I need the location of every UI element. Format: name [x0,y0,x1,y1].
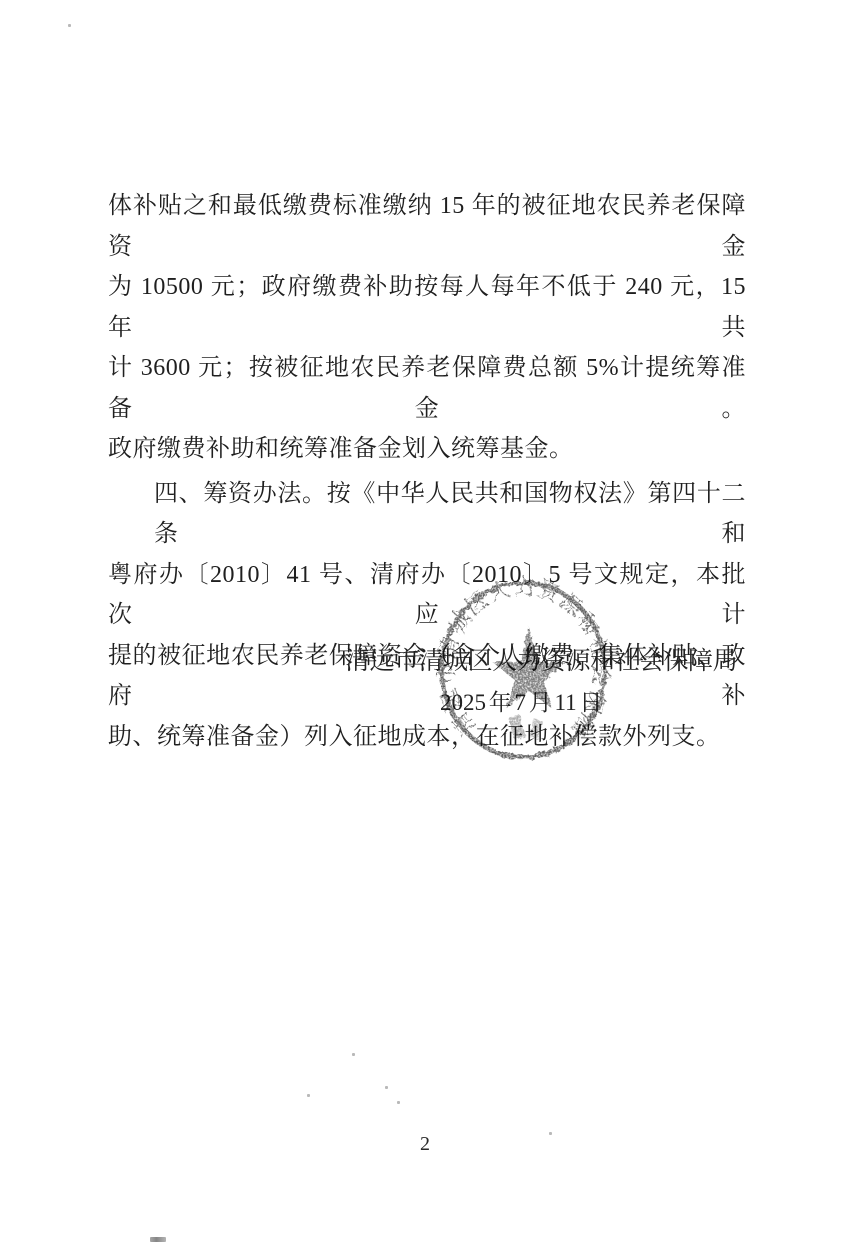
text-line: 粤府办〔2010〕41 号、清府办〔2010〕5 号文规定，本批次应计 [108,555,746,636]
paragraph-financing-method: 四、筹资办法。按《中华人民共和国物权法》第四十二条和 粤府办〔2010〕41 号… [108,474,746,758]
paragraph-funding-standard: 体补贴之和最低缴费标准缴纳 15 年的被征地农民养老保障资金 为 10500 元… [108,186,746,470]
scan-smudge [150,1237,166,1242]
scan-speck [68,24,71,27]
official-seal: 清远市清城区人力资源和社会保障局 [432,572,615,768]
text-line: 四、筹资办法。按《中华人民共和国物权法》第四十二条和 [108,474,746,555]
scan-speck [549,1132,552,1135]
seal-smear [508,714,525,740]
text-line: 体补贴之和最低缴费标准缴纳 15 年的被征地农民养老保障资金 [108,186,746,267]
text-line: 助、统筹准备金）列入征地成本，在征地补偿款外列支。 [108,717,746,758]
text-line: 计 3600 元；按被征地农民养老保障费总额 5%计提统筹准备金。 [108,348,746,429]
text-line: 政府缴费补助和统筹准备金划入统筹基金。 [108,429,746,470]
scan-speck [352,1053,355,1056]
seal-smear [529,718,543,740]
scan-speck [307,1094,310,1097]
scan-speck [397,1101,400,1104]
document-page: 体补贴之和最低缴费标准缴纳 15 年的被征地农民养老保障资金 为 10500 元… [0,0,850,1243]
scan-speck [385,1086,388,1089]
page-number: 2 [0,1133,850,1156]
star-icon [492,627,565,708]
text-line: 为 10500 元；政府缴费补助按每人每年不低于 240 元，15 年共 [108,267,746,348]
